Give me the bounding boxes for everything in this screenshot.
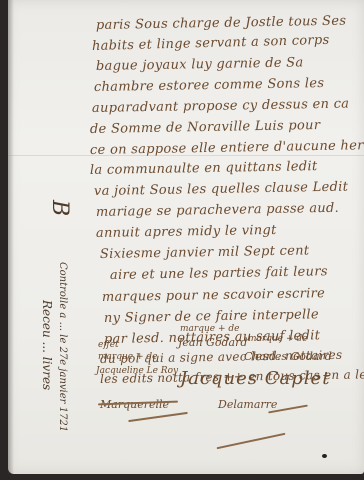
body-line: va joint Sous les quelles clause Ledit: [94, 180, 348, 199]
signature-name: Charles Godard: [244, 350, 332, 363]
body-line: de Somme de Noraville Luis pour: [90, 118, 321, 137]
signature-name: Jacqueline Le Roy: [96, 366, 178, 376]
ink-blot: [322, 454, 327, 458]
signature-name: Delamarre: [218, 398, 277, 411]
body-line: marques pour ne scavoir escrire: [102, 286, 325, 305]
body-line: habits et linge servant a son corps: [92, 33, 330, 54]
signature-label: marque + de: [98, 352, 157, 362]
margin-note-receu: Receu ... livres: [40, 300, 54, 390]
signature-name: Jean Godard: [178, 336, 247, 349]
body-line: bague joyaux luy garnie de Sa: [96, 55, 304, 74]
margin-note-controlle: Controlle a ... le 27e janvier 1721: [57, 262, 68, 432]
signature-flourish: [128, 412, 188, 422]
signature-label: effet: [98, 340, 119, 350]
signature-label: marque + de: [180, 324, 239, 334]
body-line: chambre estoree comme Sons les: [94, 76, 324, 95]
signature-flourish: [217, 433, 286, 450]
body-line: aire et une les parties fait leurs: [110, 264, 328, 283]
body-line: annuit apres midy le vingt: [96, 223, 277, 241]
body-line: paris Sous charge de Jostle tous Ses: [96, 14, 347, 33]
body-line: Sixiesme janvier mil Sept cent: [100, 243, 310, 262]
body-line: auparadvant propose cy dessus en ca: [92, 97, 350, 116]
margin-note-letter: B: [47, 200, 72, 216]
signature-label: marque + de: [248, 334, 307, 344]
body-line: la communaulte en quittans ledit: [90, 159, 318, 178]
manuscript-page: paris Sous charge de Jostle tous Ses hab…: [8, 0, 364, 474]
signature-name: Jacques Caplet: [180, 368, 330, 389]
body-line: mariage se parachevera passe aud.: [96, 201, 339, 220]
